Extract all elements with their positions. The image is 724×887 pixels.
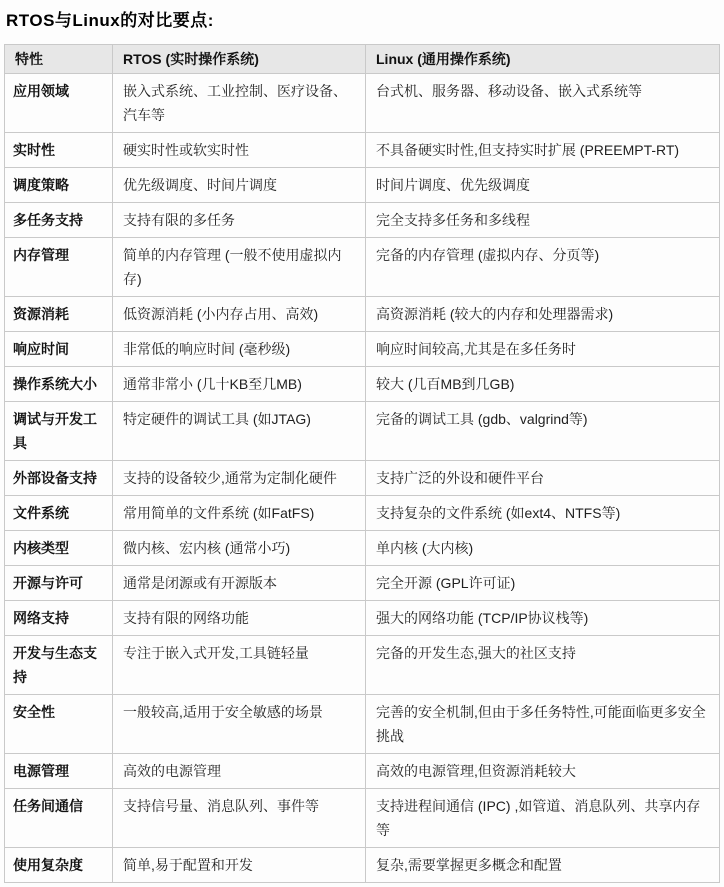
linux-cell: 时间片调度、优先级调度 xyxy=(366,168,720,203)
table-row: 文件系统常用简单的文件系统 (如FatFS)支持复杂的文件系统 (如ext4、N… xyxy=(5,496,720,531)
linux-cell: 高效的电源管理,但资源消耗较大 xyxy=(366,754,720,789)
linux-cell: 完备的内存管理 (虚拟内存、分页等) xyxy=(366,238,720,297)
rtos-cell: 简单的内存管理 (一般不使用虚拟内存) xyxy=(113,238,366,297)
table-row: 电源管理高效的电源管理高效的电源管理,但资源消耗较大 xyxy=(5,754,720,789)
feature-cell: 实时性 xyxy=(5,133,113,168)
feature-cell: 安全性 xyxy=(5,695,113,754)
table-row: 多任务支持支持有限的多任务完全支持多任务和多线程 xyxy=(5,203,720,238)
table-row: 安全性一般较高,适用于安全敏感的场景完善的安全机制,但由于多任务特性,可能面临更… xyxy=(5,695,720,754)
rtos-cell: 硬实时性或软实时性 xyxy=(113,133,366,168)
rtos-cell: 简单,易于配置和开发 xyxy=(113,848,366,883)
feature-cell: 调试与开发工具 xyxy=(5,402,113,461)
linux-cell: 完善的安全机制,但由于多任务特性,可能面临更多安全挑战 xyxy=(366,695,720,754)
linux-cell: 强大的网络功能 (TCP/IP协议栈等) xyxy=(366,601,720,636)
rtos-cell: 特定硬件的调试工具 (如JTAG) xyxy=(113,402,366,461)
linux-cell: 完全开源 (GPL许可证) xyxy=(366,566,720,601)
rtos-cell: 通常是闭源或有开源版本 xyxy=(113,566,366,601)
linux-cell: 响应时间较高,尤其是在多任务时 xyxy=(366,332,720,367)
table-row: 使用复杂度简单,易于配置和开发复杂,需要掌握更多概念和配置 xyxy=(5,848,720,883)
feature-cell: 文件系统 xyxy=(5,496,113,531)
feature-cell: 外部设备支持 xyxy=(5,461,113,496)
rtos-cell: 专注于嵌入式开发,工具链轻量 xyxy=(113,636,366,695)
rtos-cell: 常用简单的文件系统 (如FatFS) xyxy=(113,496,366,531)
feature-cell: 应用领域 xyxy=(5,74,113,133)
rtos-cell: 非常低的响应时间 (毫秒级) xyxy=(113,332,366,367)
feature-cell: 多任务支持 xyxy=(5,203,113,238)
rtos-cell: 高效的电源管理 xyxy=(113,754,366,789)
feature-cell: 响应时间 xyxy=(5,332,113,367)
table-row: 开发与生态支持专注于嵌入式开发,工具链轻量完备的开发生态,强大的社区支持 xyxy=(5,636,720,695)
feature-cell: 电源管理 xyxy=(5,754,113,789)
feature-cell: 使用复杂度 xyxy=(5,848,113,883)
linux-cell: 复杂,需要掌握更多概念和配置 xyxy=(366,848,720,883)
linux-cell: 高资源消耗 (较大的内存和处理器需求) xyxy=(366,297,720,332)
page-title: RTOS与Linux的对比要点: xyxy=(6,6,720,31)
header-cell-feature: 特性 xyxy=(5,45,113,74)
linux-cell: 较大 (几百MB到几GB) xyxy=(366,367,720,402)
table-row: 资源消耗低资源消耗 (小内存占用、高效)高资源消耗 (较大的内存和处理器需求) xyxy=(5,297,720,332)
rtos-cell: 支持有限的网络功能 xyxy=(113,601,366,636)
table-body: 应用领域嵌入式系统、工业控制、医疗设备、汽车等台式机、服务器、移动设备、嵌入式系… xyxy=(5,74,720,883)
rtos-cell: 优先级调度、时间片调度 xyxy=(113,168,366,203)
feature-cell: 任务间通信 xyxy=(5,789,113,848)
table-row: 开源与许可通常是闭源或有开源版本完全开源 (GPL许可证) xyxy=(5,566,720,601)
linux-cell: 单内核 (大内核) xyxy=(366,531,720,566)
linux-cell: 不具备硬实时性,但支持实时扩展 (PREEMPT-RT) xyxy=(366,133,720,168)
feature-cell: 开源与许可 xyxy=(5,566,113,601)
feature-cell: 操作系统大小 xyxy=(5,367,113,402)
header-row: 特性 RTOS (实时操作系统) Linux (通用操作系统) xyxy=(5,45,720,74)
rtos-cell: 通常非常小 (几十KB至几MB) xyxy=(113,367,366,402)
rtos-cell: 微内核、宏内核 (通常小巧) xyxy=(113,531,366,566)
table-row: 调度策略优先级调度、时间片调度时间片调度、优先级调度 xyxy=(5,168,720,203)
comparison-table: 特性 RTOS (实时操作系统) Linux (通用操作系统) 应用领域嵌入式系… xyxy=(4,44,720,883)
linux-cell: 完备的调试工具 (gdb、valgrind等) xyxy=(366,402,720,461)
feature-cell: 资源消耗 xyxy=(5,297,113,332)
table-row: 调试与开发工具特定硬件的调试工具 (如JTAG)完备的调试工具 (gdb、val… xyxy=(5,402,720,461)
rtos-cell: 一般较高,适用于安全敏感的场景 xyxy=(113,695,366,754)
page: RTOS与Linux的对比要点: 特性 RTOS (实时操作系统) Linux … xyxy=(0,0,724,887)
table-row: 任务间通信支持信号量、消息队列、事件等支持进程间通信 (IPC) ,如管道、消息… xyxy=(5,789,720,848)
table-row: 内核类型微内核、宏内核 (通常小巧)单内核 (大内核) xyxy=(5,531,720,566)
linux-cell: 完全支持多任务和多线程 xyxy=(366,203,720,238)
feature-cell: 调度策略 xyxy=(5,168,113,203)
rtos-cell: 低资源消耗 (小内存占用、高效) xyxy=(113,297,366,332)
feature-cell: 网络支持 xyxy=(5,601,113,636)
linux-cell: 支持复杂的文件系统 (如ext4、NTFS等) xyxy=(366,496,720,531)
linux-cell: 支持广泛的外设和硬件平台 xyxy=(366,461,720,496)
table-row: 内存管理简单的内存管理 (一般不使用虚拟内存)完备的内存管理 (虚拟内存、分页等… xyxy=(5,238,720,297)
table-row: 实时性硬实时性或软实时性不具备硬实时性,但支持实时扩展 (PREEMPT-RT) xyxy=(5,133,720,168)
rtos-cell: 支持信号量、消息队列、事件等 xyxy=(113,789,366,848)
linux-cell: 完备的开发生态,强大的社区支持 xyxy=(366,636,720,695)
table-row: 应用领域嵌入式系统、工业控制、医疗设备、汽车等台式机、服务器、移动设备、嵌入式系… xyxy=(5,74,720,133)
table-row: 外部设备支持支持的设备较少,通常为定制化硬件支持广泛的外设和硬件平台 xyxy=(5,461,720,496)
linux-cell: 台式机、服务器、移动设备、嵌入式系统等 xyxy=(366,74,720,133)
feature-cell: 内核类型 xyxy=(5,531,113,566)
table-header: 特性 RTOS (实时操作系统) Linux (通用操作系统) xyxy=(5,45,720,74)
rtos-cell: 支持有限的多任务 xyxy=(113,203,366,238)
rtos-cell: 嵌入式系统、工业控制、医疗设备、汽车等 xyxy=(113,74,366,133)
table-row: 响应时间非常低的响应时间 (毫秒级)响应时间较高,尤其是在多任务时 xyxy=(5,332,720,367)
header-cell-rtos: RTOS (实时操作系统) xyxy=(113,45,366,74)
feature-cell: 内存管理 xyxy=(5,238,113,297)
table-row: 网络支持支持有限的网络功能强大的网络功能 (TCP/IP协议栈等) xyxy=(5,601,720,636)
feature-cell: 开发与生态支持 xyxy=(5,636,113,695)
header-cell-linux: Linux (通用操作系统) xyxy=(366,45,720,74)
rtos-cell: 支持的设备较少,通常为定制化硬件 xyxy=(113,461,366,496)
linux-cell: 支持进程间通信 (IPC) ,如管道、消息队列、共享内存等 xyxy=(366,789,720,848)
table-row: 操作系统大小通常非常小 (几十KB至几MB)较大 (几百MB到几GB) xyxy=(5,367,720,402)
